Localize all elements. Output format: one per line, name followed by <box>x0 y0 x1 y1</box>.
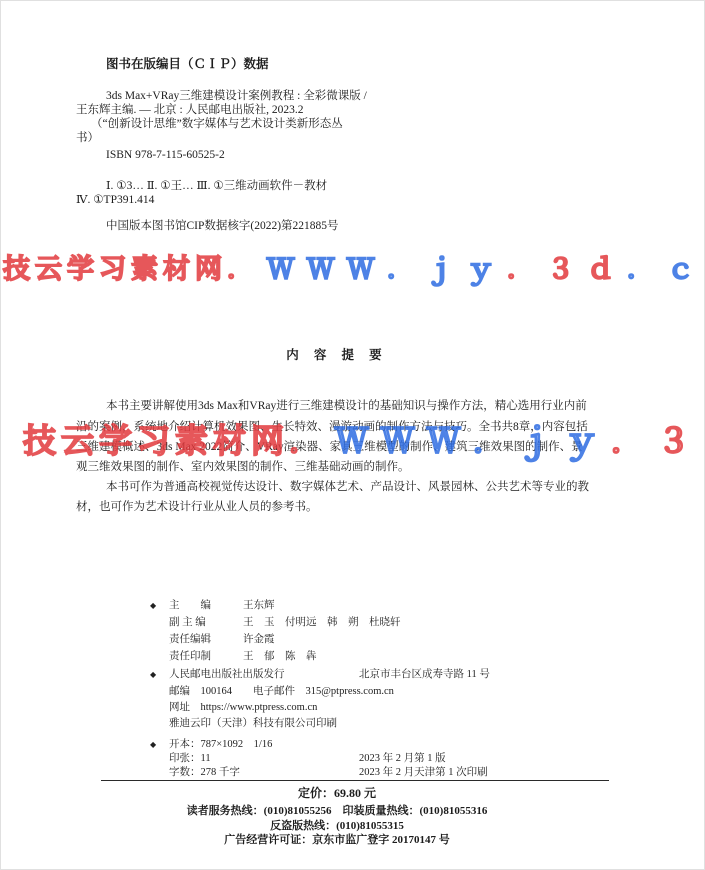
watermark-3d: ．３ｄ <box>507 254 627 284</box>
staff-value: 王东辉 <box>243 600 275 611</box>
license-line: 广告经营许可证：京东市监广登字 20170147 号 <box>1 831 673 847</box>
staff-label: 责任编辑 <box>169 631 233 646</box>
website-line: 网址 https://www.ptpress.com.cn <box>169 699 317 714</box>
divider-rule <box>101 780 609 781</box>
staff-label: 主 编 <box>169 597 233 612</box>
summary-line: 本书可作为普通高校视觉传达设计、数字媒体艺术、产品设计、风景园林、公共艺术等专业… <box>106 478 589 494</box>
printing-line: 2023 年 2 月天津第 1 次印刷 <box>359 764 488 779</box>
staff-value: 王 郁 陈 犇 <box>243 651 317 662</box>
contact-line: 邮编 100164 电子邮件 315@ptpress.com.cn <box>169 683 394 698</box>
book-copyright-page: 图书在版编目（ＣＩＰ）数据 3ds Max+VRay三维建模设计案例教程 : 全… <box>0 0 705 870</box>
staff-value: 王 玉 付明远 韩 朔 杜晓轩 <box>243 617 401 628</box>
summary-line: 沿的案例，系统地介绍计算机效果图、生长特效、漫游动画的制作方法与技巧。全书共8章… <box>76 418 588 434</box>
cip-header: 图书在版编目（ＣＩＰ）数据 <box>106 54 269 72</box>
summary-title: 内 容 提 要 <box>1 345 673 363</box>
summary-line: 三维建模概述、3ds Max 2022简介、VRay渲染器、家具三维模型的制作、… <box>76 438 583 454</box>
words-line: 字数：278 千字 <box>169 764 240 779</box>
edition-line: 2023 年 2 月第 1 版 <box>359 750 446 765</box>
watermark-www: ＷＷＷ <box>267 254 387 284</box>
watermark-band: 技云学习素材网．ＷＷＷ．ｊｙ．３ｄ．ｃｎ <box>3 247 705 286</box>
isbn: ISBN 978-7-115-60525-2 <box>106 149 225 161</box>
diamond-bullet: ◆ <box>150 740 156 749</box>
staff-row: 副 主 编王 玉 付明远 韩 朔 杜晓轩 <box>169 614 401 629</box>
cip-record-number: 中国版本图书馆CIP数据核字(2022)第221885号 <box>106 217 339 233</box>
classification-line: Ⅰ. ①3… Ⅱ. ①王… Ⅲ. ①三维动画软件－教材 <box>106 177 327 193</box>
watermark-dot: ． <box>227 254 267 284</box>
format-line: 开本：787×1092 1/16 <box>169 736 272 751</box>
watermark-site-name: 技云学习素材网 <box>3 254 227 284</box>
sheets-line: 印张：11 <box>169 750 211 765</box>
watermark-cn: ．ｃｎ <box>627 254 705 284</box>
staff-label: 责任印制 <box>169 648 233 663</box>
classification-line: Ⅳ. ①TP391.414 <box>76 192 154 206</box>
printer-line: 雅迪云印（天津）科技有限公司印刷 <box>169 715 337 730</box>
staff-label: 副 主 编 <box>169 614 233 629</box>
publisher-name: 人民邮电出版社出版发行 <box>169 666 285 681</box>
summary-line: 观三维效果图的制作、室内效果图的制作、三维基础动画的制作。 <box>76 458 410 474</box>
hotline-line: 读者服务热线：(010)81055256 印装质量热线：(010)8105531… <box>1 802 673 818</box>
summary-line: 本书主要讲解使用3ds Max和VRay进行三维建模设计的基础知识与操作方法，精… <box>106 397 587 413</box>
watermark-3d: ．３ｄ <box>611 422 705 459</box>
watermark-jy: ．ｊｙ <box>387 254 507 284</box>
cip-line: 书） <box>76 129 99 145</box>
summary-line: 材，也可作为艺术设计行业从业人员的参考书。 <box>76 498 318 514</box>
diamond-bullet: ◆ <box>150 601 156 610</box>
cip-line: （“创新设计思维”数字媒体与艺术设计类新形态丛 <box>91 115 343 131</box>
staff-row: 责任编辑许金霞 <box>169 631 275 646</box>
staff-row: 责任印制王 郁 陈 犇 <box>169 648 317 663</box>
publisher-address: 北京市丰台区成寿寺路 11 号 <box>359 666 490 681</box>
price-line: 定价：69.80 元 <box>1 784 673 801</box>
staff-row: 主 编王东辉 <box>169 597 275 612</box>
staff-value: 许金霞 <box>243 634 275 645</box>
diamond-bullet: ◆ <box>150 670 156 679</box>
